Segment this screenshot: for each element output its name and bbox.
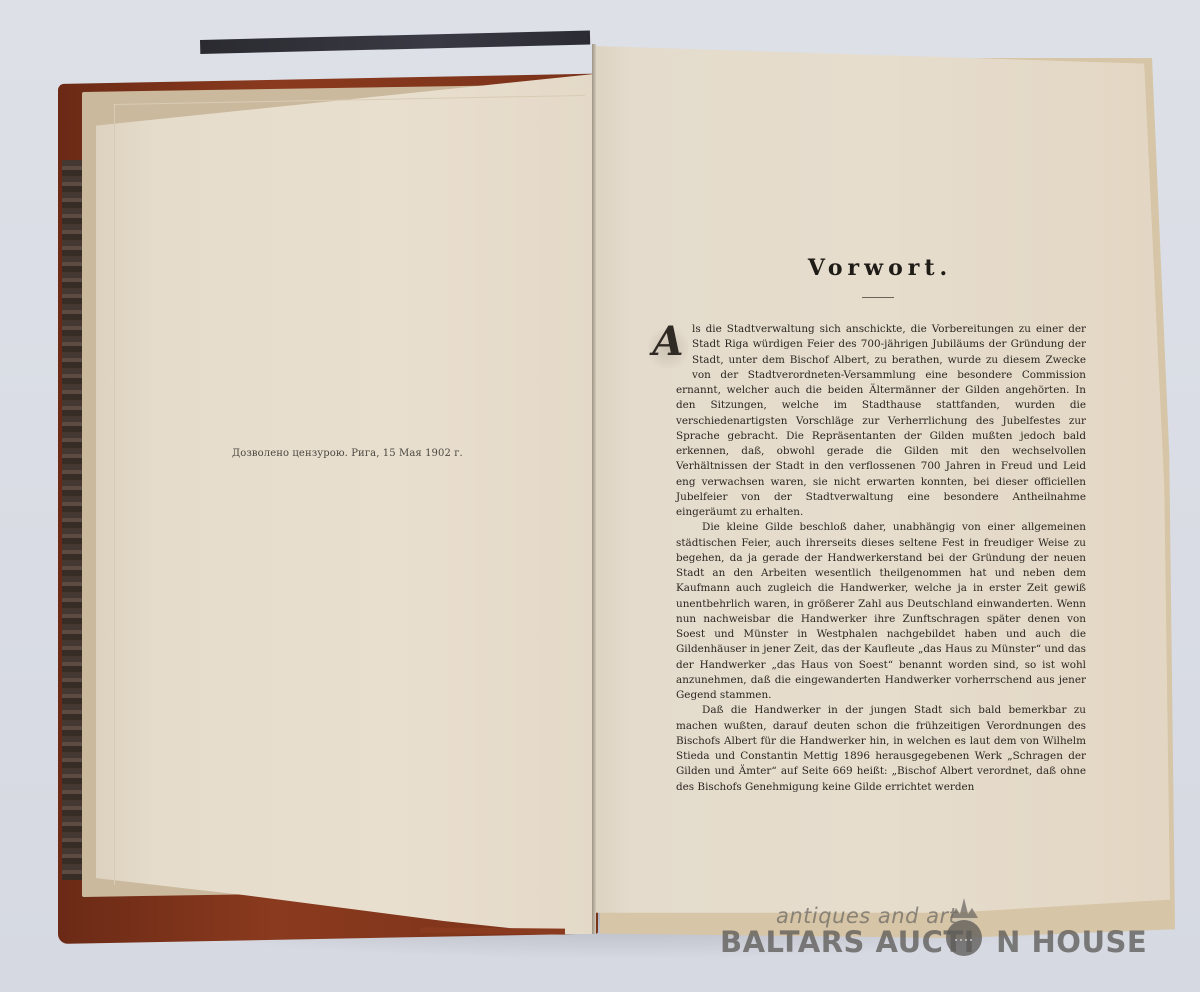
paragraph-1: Als die Stadtverwaltung sich anschickte,… [676, 322, 1086, 520]
book-gutter [592, 44, 596, 934]
foreword-text: Als die Stadtverwaltung sich anschickte,… [676, 322, 1086, 795]
marbled-page-edge [62, 160, 82, 880]
paragraph-3: Daß die Handwerker in der jungen Stadt s… [676, 703, 1086, 795]
page-heading: Vorwort. [780, 255, 980, 281]
paragraph-text: ls die Stadtverwaltung sich anschickte, … [676, 323, 1086, 518]
heading-divider [862, 297, 894, 298]
crown-orb-icon [944, 896, 984, 960]
ornamental-initial-icon: A [648, 324, 688, 368]
cover-marbled-edge [200, 30, 590, 54]
paragraph-2: Die kleine Gilde beschloß daher, unabhän… [676, 520, 1086, 703]
left-page-fold [114, 95, 585, 885]
watermark-brand: BALTARS AUCTI N HOUSE [720, 925, 1147, 959]
censorship-approval-note: Дозволено цензурою. Рига, 15 Мая 1902 г. [232, 448, 463, 459]
cover-bottom-edge [420, 927, 565, 934]
